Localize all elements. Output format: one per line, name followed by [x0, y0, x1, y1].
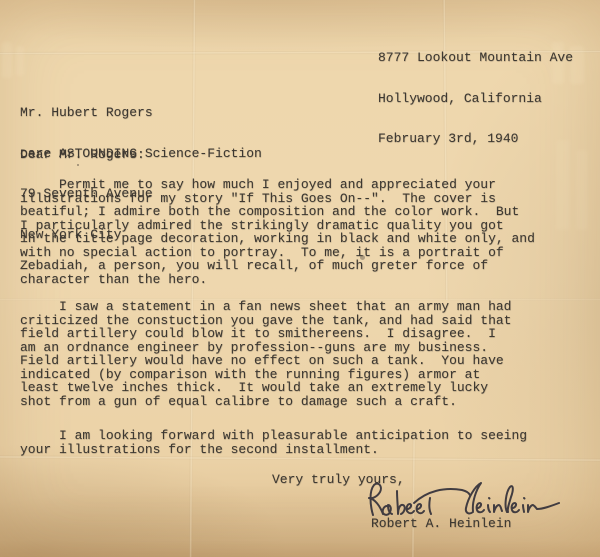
signature-stroke-e2: [417, 504, 424, 513]
signature-stroke-i2: [523, 505, 524, 512]
watermark-right-bar-4: [576, 150, 588, 230]
salutation: Dear Mr. Rogers:: [20, 148, 145, 162]
return-address-line-3: February 3rd, 1940: [378, 132, 573, 146]
signature-stroke-n1: [494, 505, 502, 512]
letter-page: 8777 Lookout Mountain Ave Hollywood, Cal…: [0, 0, 600, 557]
paragraph-2: I saw a statement in a fan news sheet th…: [20, 300, 511, 408]
signature-stroke-e3: [477, 503, 484, 512]
signature-stroke-b: [397, 491, 405, 514]
paragraph-1: Permit me to say how much I enjoyed and …: [20, 178, 535, 286]
signature-stroke-o: [383, 505, 392, 515]
signature-stroke-e4: [512, 503, 519, 512]
signature-stroke-l: [506, 486, 513, 512]
typed-name: Robert A. Heinlein: [371, 517, 511, 531]
signature-stroke-t: [429, 498, 431, 514]
closing: Very truly yours,: [272, 473, 405, 487]
signature-stroke-R: [369, 484, 383, 515]
signature-idot-1: [489, 498, 490, 499]
signature-stroke-i1: [488, 505, 490, 512]
return-address: 8777 Lookout Mountain Ave Hollywood, Cal…: [378, 24, 573, 173]
return-address-line-2: Hollywood, California: [378, 92, 573, 106]
signature-stroke-tcross: [414, 489, 470, 503]
return-address-line-1: 8777 Lookout Mountain Ave: [378, 51, 573, 65]
signature-idot-2: [524, 498, 525, 499]
watermark-left-bar-1: [2, 42, 12, 78]
signature-stroke-H: [466, 483, 481, 513]
recipient-line-1: Mr. Hubert Rogers: [20, 106, 262, 120]
signature-stroke-n-tail: [528, 503, 559, 512]
paragraph-3: I am looking forward with pleasurable an…: [20, 429, 527, 456]
signature-stroke-e1: [407, 504, 414, 513]
watermark-left-bar-2: [16, 46, 24, 76]
